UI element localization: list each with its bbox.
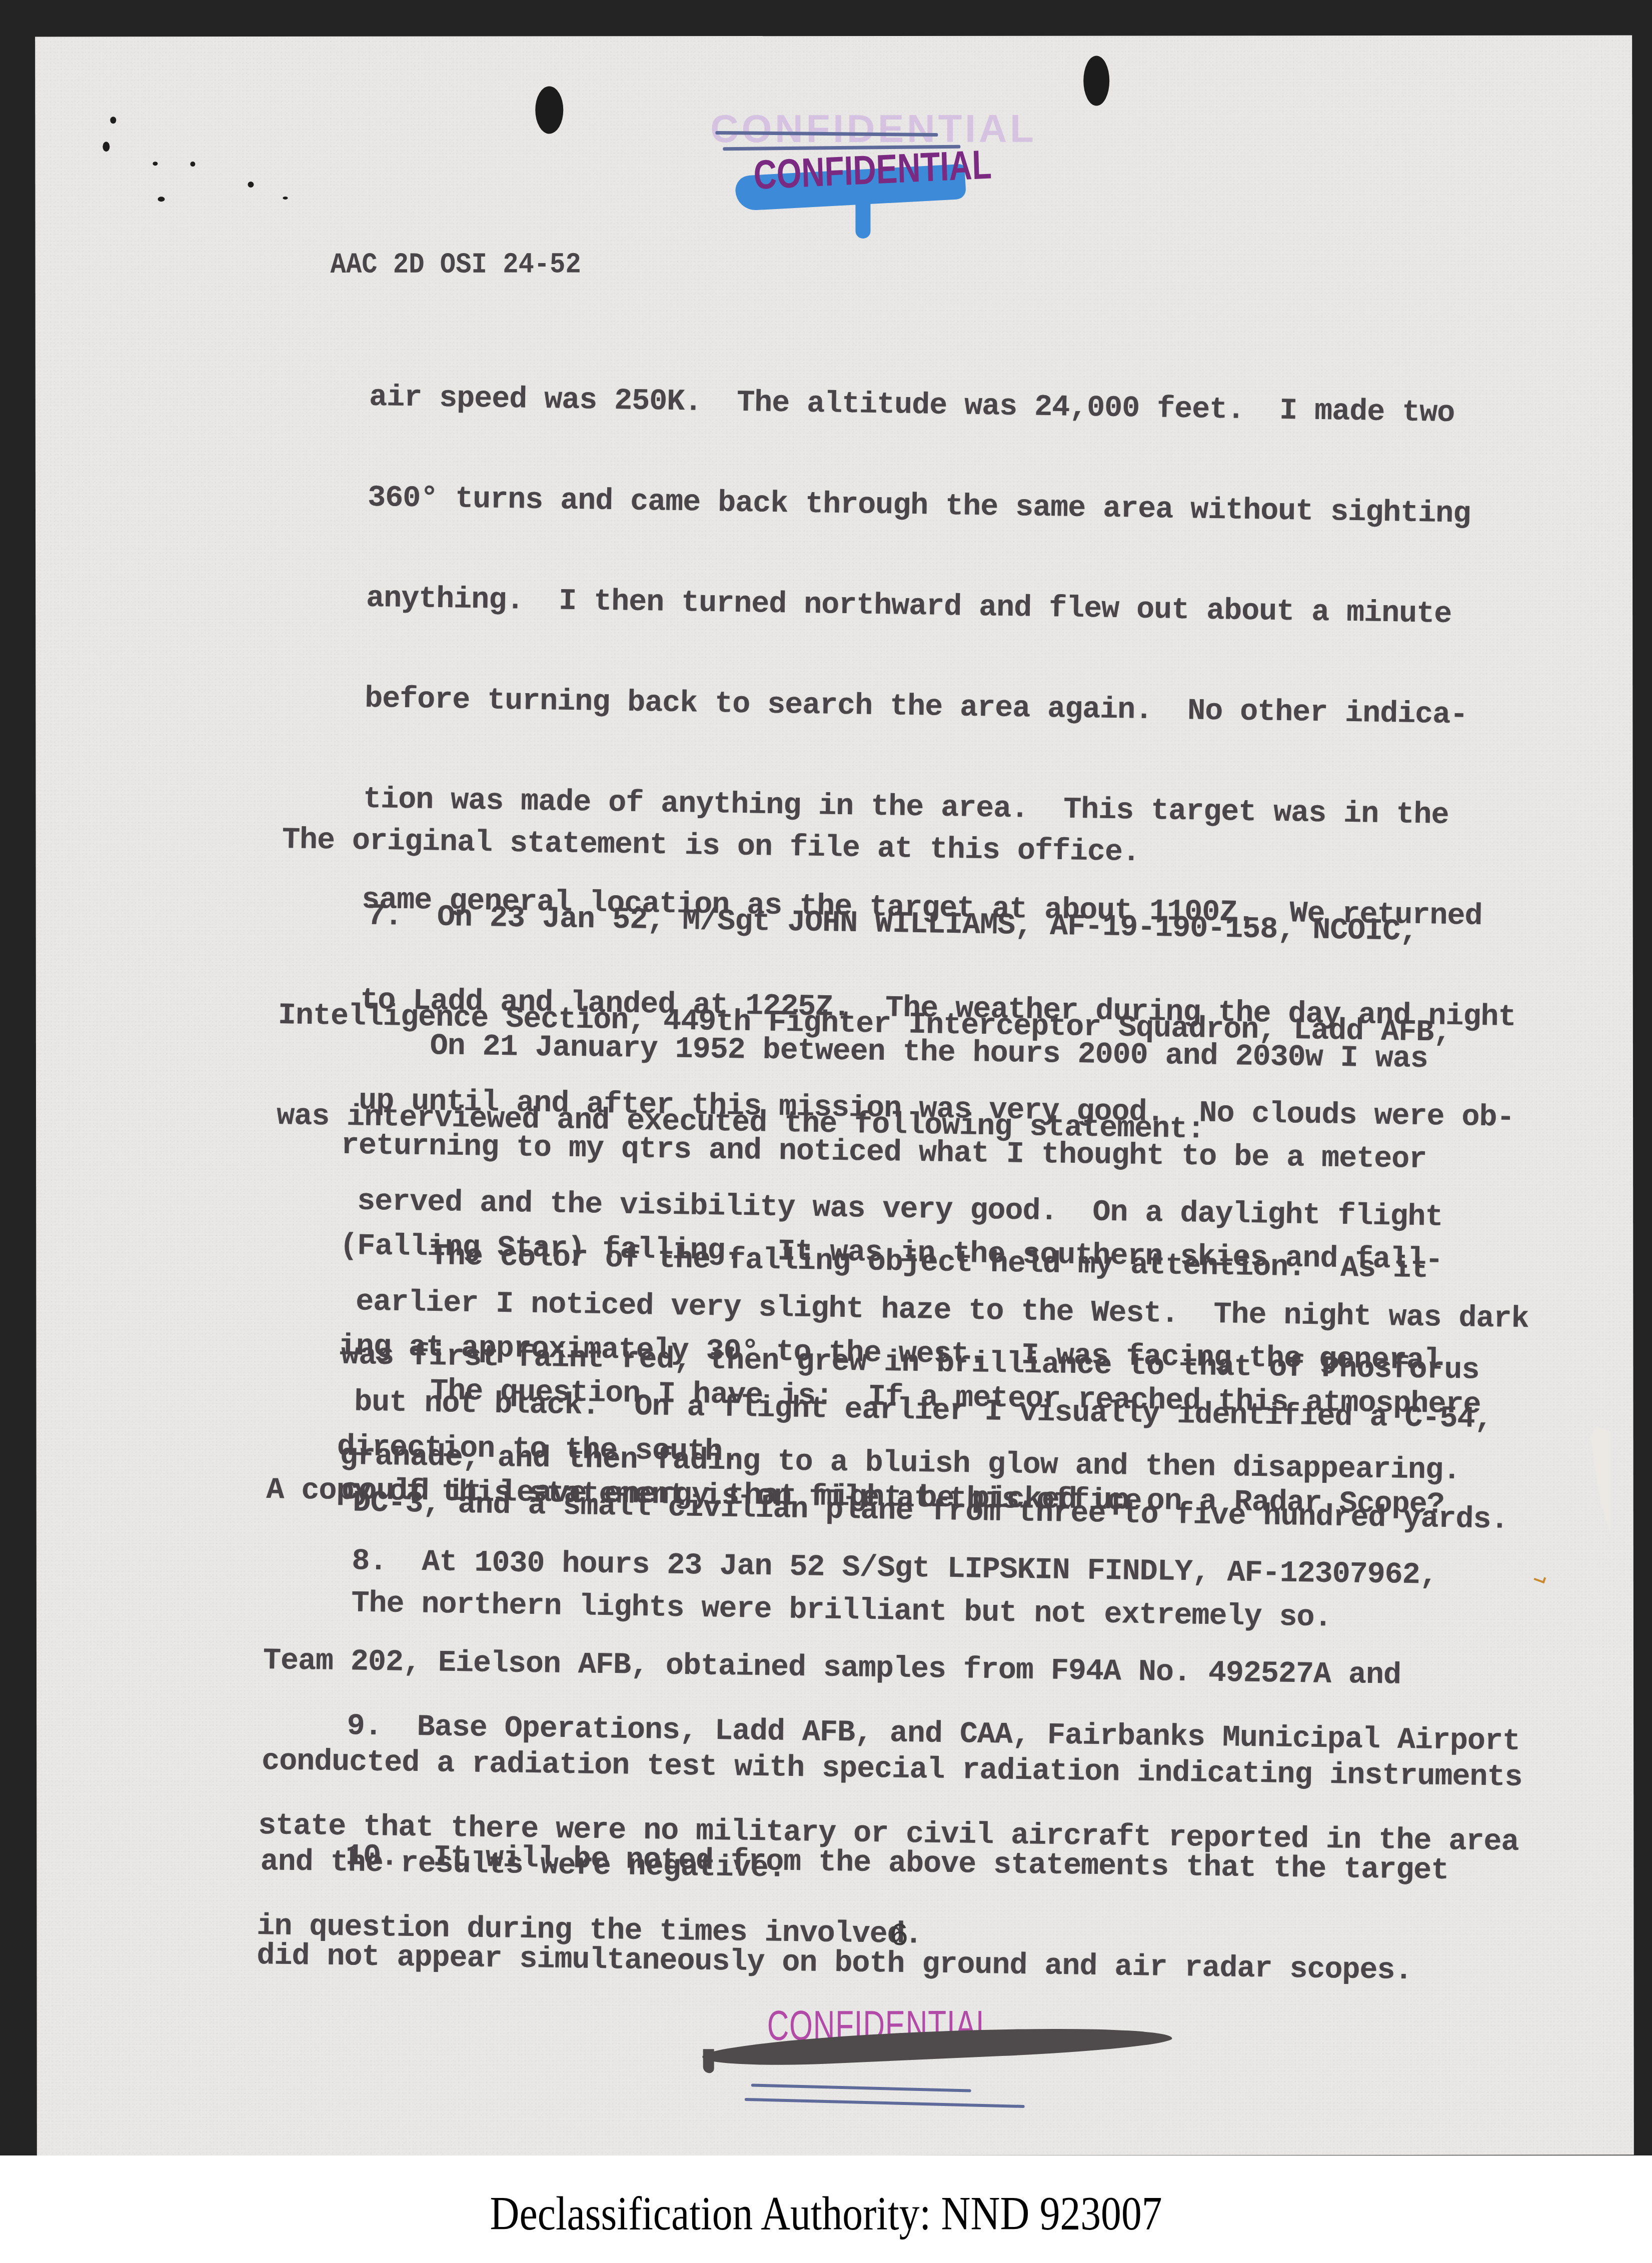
black-marker-hook [703, 2049, 714, 2073]
strike-line [745, 2098, 1025, 2108]
paper-speck [248, 182, 254, 188]
text-line: The color of the falling object held my … [343, 1239, 1481, 1287]
text-line: air speed was 250K. The altitude was 24,… [369, 381, 1542, 432]
punch-hole-left [535, 86, 563, 134]
declassification-authority: Declassification Authority: NND 923007 [490, 2185, 1162, 2241]
paper-speck [103, 142, 110, 152]
text-line: 9. Base Operations, Ladd AFB, and CAA, F… [259, 1709, 1520, 1759]
footer: Declassification Authority: NND 923007 [0, 2155, 1652, 2263]
strike-line [751, 2083, 971, 2092]
paper-speck [110, 117, 116, 124]
paper-speck [153, 162, 158, 166]
document-page: CONFIDENTIAL CONFIDENTIAL AAC 2D OSI 24-… [35, 36, 1634, 2156]
classification-stamp-bottom: CONFIDENTIAL [702, 2001, 1202, 2121]
text-line: 10. It will be noted from the above stat… [258, 1839, 1449, 1888]
paper-speck [158, 197, 165, 202]
paper-speck [190, 162, 195, 167]
page-number: 6 [889, 1919, 908, 1955]
text-line: returning to my qtrs and noticed what I … [341, 1129, 1444, 1177]
punch-hole-right [1083, 56, 1109, 106]
classification-stamp-top: CONFIDENTIAL CONFIDENTIAL [705, 106, 985, 206]
text-line: 360° turns and came back through the sam… [368, 482, 1541, 533]
blue-marker-drip [855, 194, 870, 239]
text-line: did not appear simultaneously on both gr… [257, 1939, 1447, 1988]
text-line: On 21 January 1952 between the hours 200… [342, 1029, 1445, 1077]
text-line: anything. I then turned northward and fl… [366, 582, 1539, 633]
text-line: 7. On 23 Jan 52, M/Sgt JOHN WILLIAMS, AF… [280, 899, 1453, 950]
paper-speck [283, 197, 288, 200]
text-line: 8. At 1030 hours 23 Jan 52 S/Sgt LIPSKIN… [264, 1544, 1525, 1594]
text-line: before turning back to search the area a… [365, 683, 1538, 734]
document-reference: AAC 2D OSI 24-52 [331, 249, 581, 281]
orange-check-mark [1533, 1574, 1546, 1583]
